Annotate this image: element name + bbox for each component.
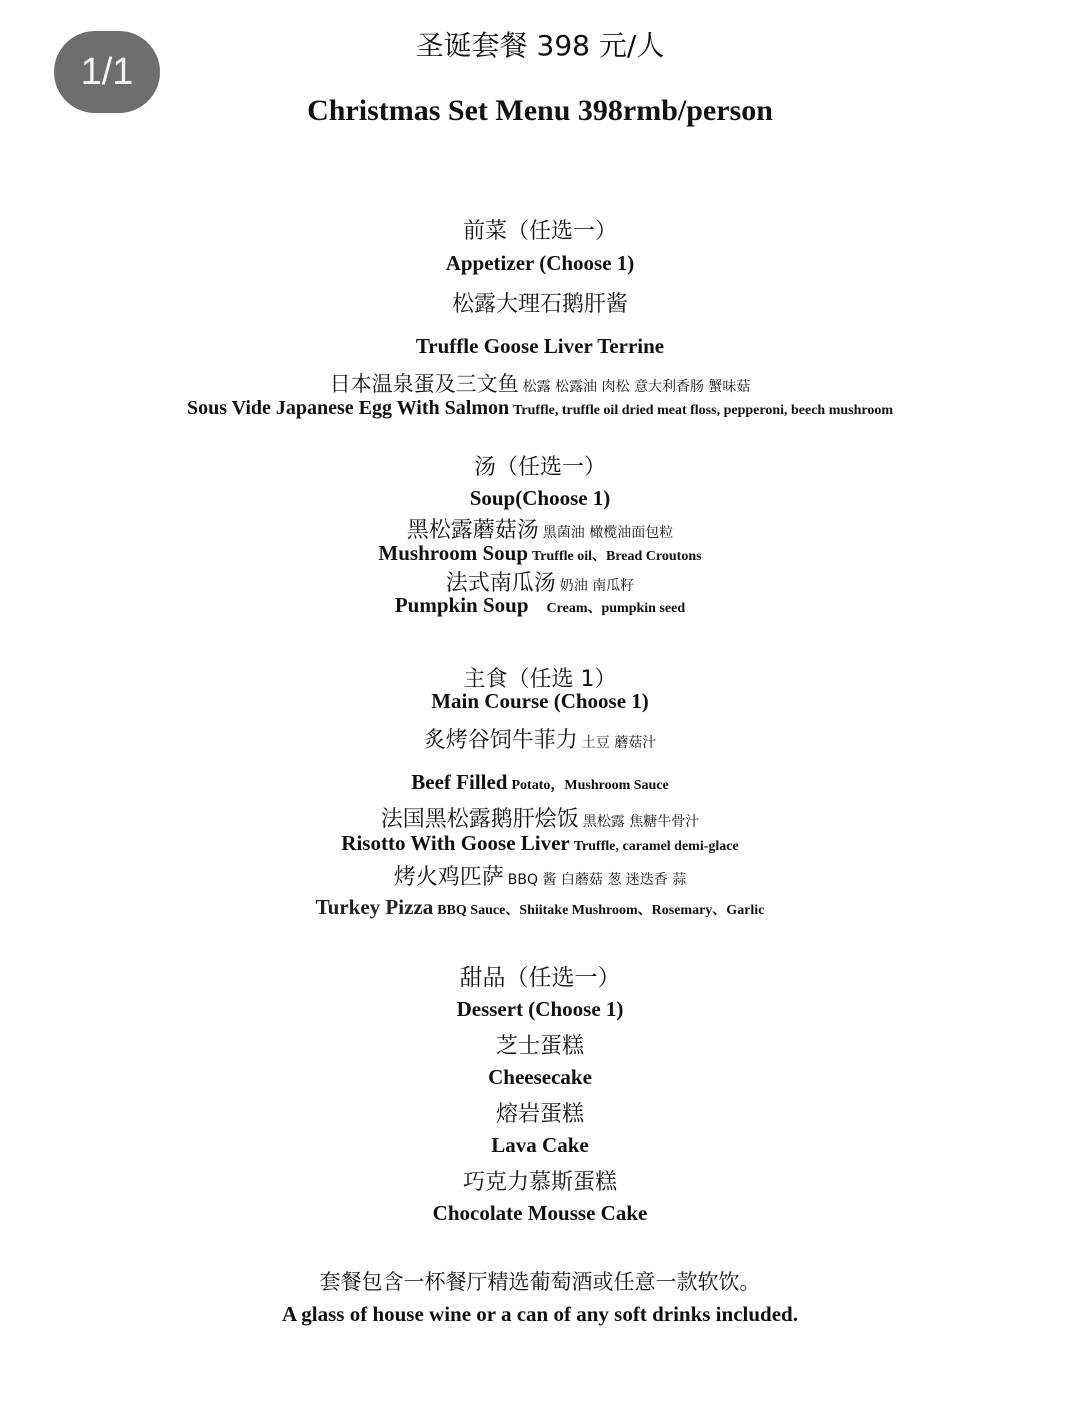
soup-heading-zh: 汤（任选一） bbox=[0, 450, 1080, 481]
appetizer-heading-zh: 前菜（任选一） bbox=[0, 214, 1080, 245]
main-item-1-note-en: Potato，Mushroom Sauce bbox=[512, 778, 669, 793]
dessert-heading-zh: 甜品（任选一） bbox=[0, 959, 1080, 992]
title-zh: 圣诞套餐 398 元/人 bbox=[0, 24, 1080, 64]
appetizer-item-2-zh-row: 日本温泉蛋及三文鱼 松露 松露油 肉松 意大利香肠 蟹味菇 bbox=[0, 368, 1080, 398]
main-item-1-note-zh: 土豆 蘑菇汁 bbox=[582, 735, 656, 751]
dessert-item-2-en: Lava Cake bbox=[0, 1133, 1080, 1158]
soup-item-2-note-zh: 奶油 南瓜籽 bbox=[560, 578, 634, 594]
footer-note-zh: 套餐包含一杯餐厅精选葡萄酒或任意一款软饮。 bbox=[0, 1266, 1080, 1296]
main-item-2-note-zh: 黑松露 焦糖牛骨汁 bbox=[583, 814, 699, 830]
dessert-item-3-zh: 巧克力慕斯蛋糕 bbox=[0, 1165, 1080, 1196]
dessert-item-1-en: Cheesecake bbox=[0, 1065, 1080, 1090]
soup-item-2-note-en: Cream、pumpkin seed bbox=[547, 601, 686, 616]
dessert-item-1-zh: 芝士蛋糕 bbox=[0, 1029, 1080, 1060]
soup-item-1-en-row: Mushroom Soup Truffle oil、Bread Croutons bbox=[0, 541, 1080, 566]
main-item-3-zh: 烤火鸡匹萨 bbox=[394, 865, 504, 890]
soup-item-2-en: Pumpkin Soup bbox=[395, 593, 529, 617]
main-item-2-en-row: Risotto With Goose Liver Truffle, carame… bbox=[0, 831, 1080, 856]
main-item-3-en: Turkey Pizza bbox=[316, 895, 434, 919]
appetizer-item-2-note-zh: 松露 松露油 肉松 意大利香肠 蟹味菇 bbox=[523, 379, 751, 395]
appetizer-item-2-en-row: Sous Vide Japanese Egg With Salmon Truff… bbox=[0, 397, 1080, 420]
title-en: Christmas Set Menu 398rmb/person bbox=[0, 94, 1080, 128]
main-item-2-note-en: Truffle, caramel demi-glace bbox=[574, 839, 739, 854]
main-item-1-en: Beef Filled bbox=[411, 770, 507, 794]
soup-item-1-note-zh: 黑菌油 橄榄油面包粒 bbox=[543, 525, 673, 541]
main-item-3-zh-row: 烤火鸡匹萨 BBQ 酱 白蘑菇 葱 迷迭香 蒜 bbox=[0, 860, 1080, 891]
soup-item-1-zh: 黑松露蘑菇汤 bbox=[407, 518, 539, 543]
appetizer-item-1-zh: 松露大理石鹅肝酱 bbox=[0, 287, 1080, 318]
soup-item-1-en: Mushroom Soup bbox=[378, 541, 528, 565]
main-item-3-note-zh: BBQ 酱 白蘑菇 葱 迷迭香 蒜 bbox=[508, 872, 686, 888]
appetizer-item-1-en: Truffle Goose Liver Terrine bbox=[0, 334, 1080, 359]
appetizer-item-2-zh: 日本温泉蛋及三文鱼 bbox=[330, 372, 519, 396]
soup-item-1-zh-row: 黑松露蘑菇汤 黑菌油 橄榄油面包粒 bbox=[0, 513, 1080, 544]
soup-heading-en: Soup(Choose 1) bbox=[0, 486, 1080, 511]
soup-item-2-en-row: Pumpkin Soup Cream、pumpkin seed bbox=[0, 593, 1080, 618]
dessert-item-3-en: Chocolate Mousse Cake bbox=[0, 1201, 1080, 1226]
main-item-3-note-en: BBQ Sauce、Shiitake Mushroom、Rosemary、Gar… bbox=[437, 903, 764, 918]
main-item-1-en-row: Beef Filled Potato，Mushroom Sauce bbox=[0, 770, 1080, 795]
appetizer-heading-en: Appetizer (Choose 1) bbox=[0, 251, 1080, 276]
appetizer-item-2-note-en: Truffle, truffle oil dried meat floss, p… bbox=[513, 403, 893, 418]
main-item-2-en: Risotto With Goose Liver bbox=[341, 831, 569, 855]
dessert-item-2-zh: 熔岩蛋糕 bbox=[0, 1097, 1080, 1128]
main-item-1-zh-row: 炙烤谷饲牛菲力 土豆 蘑菇汁 bbox=[0, 723, 1080, 754]
footer-note-en: A glass of house wine or a can of any so… bbox=[0, 1302, 1080, 1327]
main-item-3-en-row: Turkey Pizza BBQ Sauce、Shiitake Mushroom… bbox=[0, 895, 1080, 920]
dessert-heading-en: Dessert (Choose 1) bbox=[0, 997, 1080, 1022]
soup-item-1-note-en: Truffle oil、Bread Croutons bbox=[532, 549, 702, 564]
main-item-2-zh-row: 法国黑松露鹅肝烩饭 黑松露 焦糖牛骨汁 bbox=[0, 802, 1080, 833]
main-item-1-zh: 炙烤谷饲牛菲力 bbox=[424, 728, 578, 753]
appetizer-item-2-en: Sous Vide Japanese Egg With Salmon bbox=[187, 397, 509, 419]
main-item-2-zh: 法国黑松露鹅肝烩饭 bbox=[381, 807, 579, 832]
main-heading-en: Main Course (Choose 1) bbox=[0, 689, 1080, 714]
